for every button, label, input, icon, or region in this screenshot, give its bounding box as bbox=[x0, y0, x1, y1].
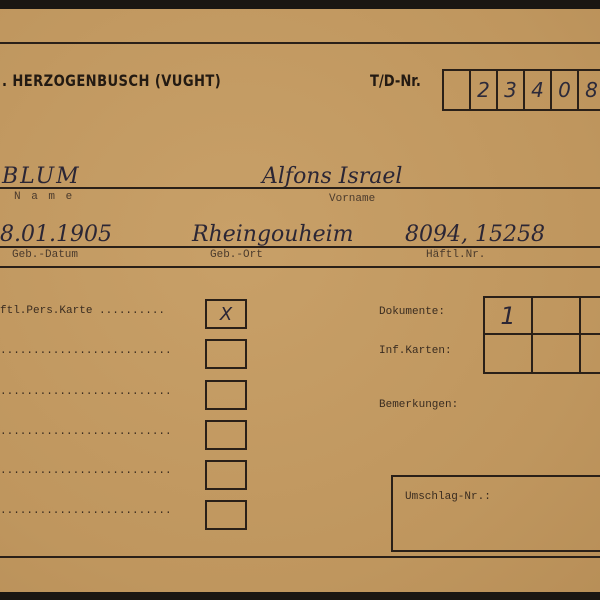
name-underline bbox=[0, 187, 600, 189]
td-digit bbox=[444, 71, 471, 109]
td-number-label: T/D-Nr. bbox=[370, 71, 421, 90]
checklist-label: ftl.Pers.Karte .......... bbox=[0, 305, 196, 317]
umschlag-box: Umschlag-Nr.: bbox=[391, 475, 600, 552]
surname-label: N a m e bbox=[14, 191, 74, 203]
checklist-checkbox[interactable] bbox=[205, 380, 247, 410]
first-name-label: Vorname bbox=[329, 193, 375, 205]
birth-place-label: Geb.-Ort bbox=[210, 249, 263, 261]
checklist-label: .......................... bbox=[0, 426, 196, 438]
inf-karten-cell bbox=[485, 335, 533, 372]
td-digit: 3 bbox=[498, 71, 525, 109]
td-digit: 8 bbox=[579, 71, 600, 109]
checklist-label: .......................... bbox=[0, 465, 196, 477]
bemerkungen-label: Bemerkungen: bbox=[379, 399, 458, 411]
documents-cell: 1 bbox=[485, 298, 533, 335]
checklist-checkbox[interactable] bbox=[205, 420, 247, 450]
inf-karten-cell bbox=[581, 335, 600, 372]
bottom-rule bbox=[0, 556, 600, 558]
dokumente-label: Dokumente: bbox=[379, 306, 445, 318]
checklist-checkbox[interactable] bbox=[205, 500, 247, 530]
checklist-label: .......................... bbox=[0, 386, 196, 398]
inf-karten-cell bbox=[533, 335, 581, 372]
documents-grid: 1 bbox=[483, 296, 600, 374]
birth-underline bbox=[0, 246, 600, 248]
umschlag-label: Umschlag-Nr.: bbox=[405, 491, 491, 503]
surname-value: BLUM bbox=[2, 164, 81, 189]
checklist-checkbox[interactable] bbox=[205, 339, 247, 369]
top-rule bbox=[0, 42, 600, 44]
td-digit: 4 bbox=[525, 71, 552, 109]
first-name-value: Alfons Israel bbox=[262, 164, 402, 189]
td-digit: 2 bbox=[471, 71, 498, 109]
inf-karten-label: Inf.Karten: bbox=[379, 345, 452, 357]
birth-date-value: 8.01.1905 bbox=[0, 222, 112, 247]
checklist-label: .......................... bbox=[0, 345, 196, 357]
checklist-label: .......................... bbox=[0, 505, 196, 517]
birth-place-value: Rheingouheim bbox=[192, 222, 354, 247]
td-digit: 0 bbox=[552, 71, 579, 109]
documents-cell bbox=[581, 298, 600, 335]
section-rule bbox=[0, 266, 600, 268]
camp-title: . HERZOGENBUSCH (VUGHT) bbox=[2, 71, 221, 90]
prisoner-number-value: 8094, 15258 bbox=[405, 222, 545, 247]
td-number-box: 2 3 4 0 8 bbox=[442, 69, 600, 111]
documents-cell bbox=[533, 298, 581, 335]
checklist-checkbox[interactable] bbox=[205, 460, 247, 490]
birth-date-label: Geb.-Datum bbox=[12, 249, 78, 261]
prisoner-number-label: Häftl.Nr. bbox=[426, 249, 485, 261]
index-card: . HERZOGENBUSCH (VUGHT) T/D-Nr. 2 3 4 0 … bbox=[0, 9, 600, 592]
checklist-checkbox[interactable]: X bbox=[205, 299, 247, 329]
